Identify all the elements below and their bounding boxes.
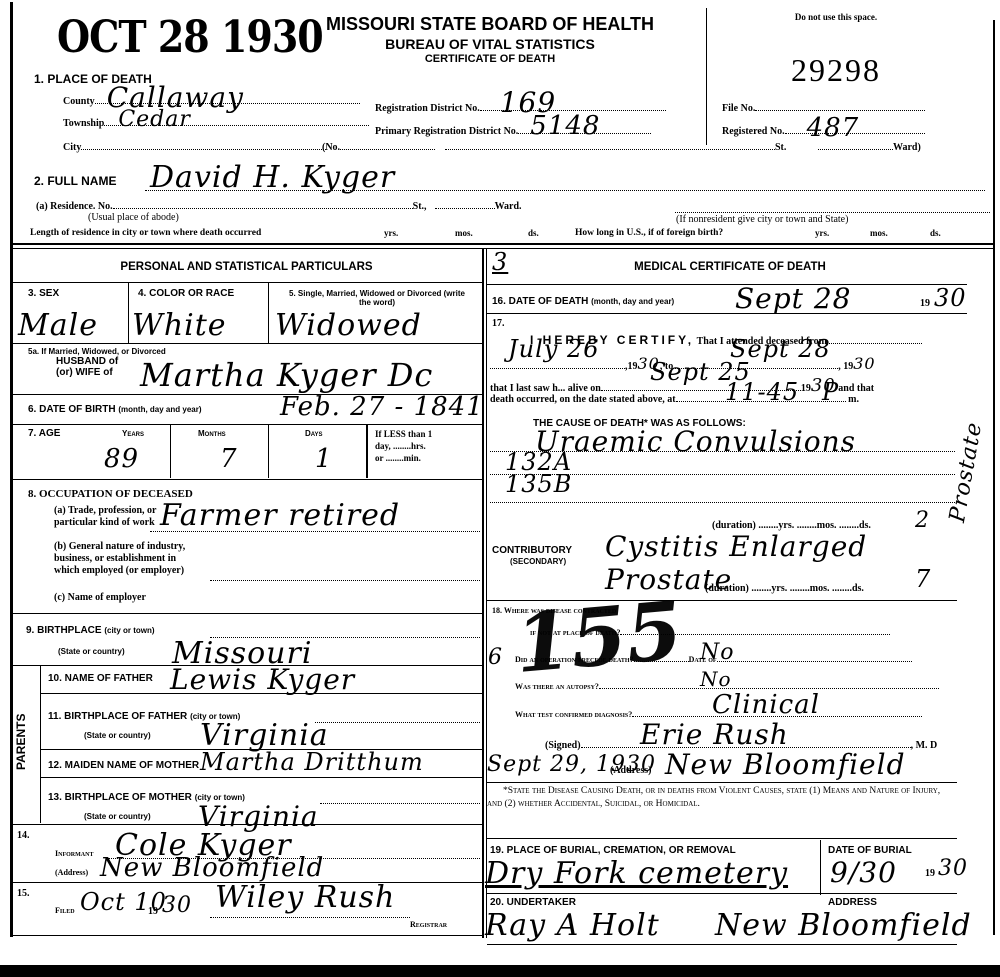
birthplace-label: 9. BIRTHPLACE (city or town) [26,625,155,636]
row-line [12,824,482,825]
less-than-day: If LESS than 1day, ........hrs.or ......… [375,428,432,464]
us-ds: ds. [930,228,941,238]
township-field: TownshipCedar [63,118,369,129]
margin-mark: 3 [492,248,508,276]
column-divider-2 [486,248,487,938]
residence-field: (a) Residence. No.St.,Ward. [36,201,522,212]
filed-label: Filed [55,906,75,915]
informant-address-value: New Bloomfield [100,853,324,883]
age-days-value: 1 [315,444,333,474]
header-bureau: BUREAU OF VITAL STATISTICS [265,36,715,52]
occupation-b-label: (b) General nature of industry,business,… [54,541,185,577]
occupation-value: Farmer retired [160,498,400,533]
section-divider [10,243,995,245]
marital-value: Widowed [275,308,422,343]
spouse-label-3: (or) WIFE of [56,367,113,378]
right-border [993,20,995,935]
spouse-label-2: HUSBAND of [56,356,118,367]
cause-line-3 [490,502,955,503]
dob-value: Feb. 27 - 1841 [280,392,484,422]
sex-label: 3. SEX [28,288,59,299]
marital-label: 5. Single, Married, Widowed or Divorced … [282,289,472,307]
filed-year-value: 30 [162,893,192,918]
us-yrs: yrs. [815,228,829,238]
contrib-days-value: 7 [915,565,931,593]
sex-value: Male [18,308,98,343]
contributory-label: CONTRIBUTORY [492,545,572,556]
row-line [487,284,967,285]
cert-number: 17. [492,318,505,329]
medical-heading: MEDICAL CERTIFICATE OF DEATH [520,261,940,273]
cause-code-2: 135B [505,470,572,498]
header-title: MISSOURI STATE BOARD OF HEALTH [265,14,715,35]
row-line [487,893,957,894]
footnote: *State the Disease Causing Death, or in … [487,785,952,811]
parents-divider [40,665,41,823]
burial-date-value: 9/30 [830,856,897,889]
margin-side-note: Prostate [945,420,987,524]
cause-value: Uraemic Convulsions [535,425,856,458]
occupation-a-label: (a) Trade, profession, orparticular kind… [54,505,157,529]
registered-no-field: Registered No.487 [722,126,946,137]
burial-value: Dry Fork cemetery [485,856,788,891]
parents-label: PARENTS [14,714,28,770]
attended-from-value: July 26 [508,335,599,363]
registered-no-value: 487 [807,113,860,143]
cell-divider [128,283,129,343]
burial-year-value: 30 [938,856,968,881]
row-line [12,613,482,614]
township-value: Cedar [118,107,191,132]
usual-place-note: (Usual place of abode) [88,212,179,223]
row-line [12,343,482,344]
spouse-value: Martha Kyger Dc [140,356,433,394]
secondary-label: (SECONDARY) [510,557,566,566]
scan-bottom-edge [0,965,1000,977]
age-months-value: 7 [220,444,238,474]
father-value: Lewis Kyger [170,663,355,696]
full-name-value: David H. Kyger [150,160,395,195]
signed-signature: Erie Rush [640,718,789,751]
nonresident-note: (If nonresident give city or town and St… [676,214,848,225]
dod-year-prefix: 19 [920,298,930,309]
informant-number: 14. [17,830,30,841]
age-label: 7. AGE [28,428,60,439]
burial-date-label: DATE OF BURIAL [828,845,912,856]
cell-divider [268,283,269,343]
row-line [487,944,957,945]
cell-divider [820,840,821,895]
length-residence-label: Length of residence in city or town wher… [30,228,261,238]
burial-label: 19. PLACE OF BURIAL, CREMATION, OR REMOV… [490,845,736,856]
age-years-value: 89 [104,444,139,474]
filed-number: 15. [17,888,30,899]
row-line [12,282,482,283]
row-line [487,782,957,783]
burial-year-prefix: 19 [925,868,935,879]
dob-label: 6. DATE OF BIRTH (month, day and year) [28,404,202,415]
undertaker-address-value: New Bloomfield [715,908,972,943]
race-value: White [132,308,227,343]
mother-value: Martha Dritthum [200,748,424,776]
mother-bp-state-label: (State or country) [84,812,151,821]
undertaker-label: 20. UNDERTAKER [490,897,576,908]
registrar-signature: Wiley Rush [215,880,395,915]
city-field: City [63,142,326,153]
row-line [487,313,967,314]
row-line [12,424,482,425]
left-border [10,2,13,937]
cell-divider [366,425,368,478]
dod-year-value: 30 [934,284,967,312]
sign-address-label: (Address) [610,765,651,776]
months-label: Months [198,429,226,438]
margin-code: 6 [488,645,503,670]
ward-field: Ward) [818,142,921,153]
informant-label: Informant [55,849,93,858]
father-label: 10. NAME OF FATHER [48,673,153,684]
street-no-field: (No. [322,142,435,153]
row-line [487,838,957,839]
primary-reg-value: 5148 [530,111,600,141]
registrar-label: Registrar [410,920,447,929]
test-value: Clinical [712,690,820,720]
mother-label: 12. MAIDEN NAME OF MOTHER [48,760,199,771]
county-field: CountyCallaway [63,96,360,107]
column-divider [482,248,484,938]
filed-year-prefix: 19 [148,906,158,917]
personal-heading: PERSONAL AND STATISTICAL PARTICULARS [14,261,479,273]
death-time-line: death occurred, on the date stated above… [490,394,859,405]
undertaker-value: Ray A Holt [485,908,660,943]
birthplace-state-label: (State or country) [58,647,125,656]
row-line [12,935,482,936]
cell-divider [170,425,171,478]
certificate-number: 29298 [706,52,966,89]
length-ds: ds. [528,228,539,238]
cell-divider [268,425,269,478]
death-ampm-value: P [822,378,839,406]
length-yrs: yrs. [384,228,398,238]
us-residence-label: How long in U.S., if of foreign birth? [575,228,723,238]
undertaker-address-label: ADDRESS [828,897,877,908]
occupation-b-line [210,580,480,581]
duration-2: (duration) ........yrs. ........mos. ...… [705,583,864,594]
residence-nonresident-line [675,212,990,213]
death-time-value: 11-45 [725,378,799,406]
primary-reg-field: Primary Registration District No.5148 [375,126,651,137]
mother-bp-line [320,803,480,804]
autopsy-value: No [700,667,732,691]
reserved-note: Do not use this space. [706,12,966,22]
spouse-label-1: 5a. If Married, Widowed, or Divorced [28,347,166,356]
row-line [40,777,482,778]
operation-value: No [700,640,735,665]
occupation-c-label: (c) Name of employer [54,592,146,603]
years-label: Years [122,429,144,438]
father-bp-state-label: (State or country) [84,731,151,740]
dod-value: Sept 28 [735,282,851,315]
header-subtitle: CERTIFICATE OF DEATH [265,53,715,65]
days-label: Days [305,429,323,438]
father-bp-line [315,722,480,723]
race-label: 4. COLOR OR RACE [138,288,234,299]
file-stamp-overlay: 155 [511,583,686,691]
length-mos: mos. [455,228,473,238]
reg-district-field: Registration District No.169 [375,103,666,114]
street-field: St. [445,142,786,153]
informant-address-label: (Address) [55,868,88,877]
dod-label: 16. DATE OF DEATH (month, day and year) [492,296,674,307]
registrar-line [210,917,410,918]
us-mos: mos. [870,228,888,238]
full-name-label: 2. FULL NAME [34,174,116,188]
sign-address-value: New Bloomfield [665,748,906,781]
row-line [40,693,482,694]
row-line [12,479,482,480]
